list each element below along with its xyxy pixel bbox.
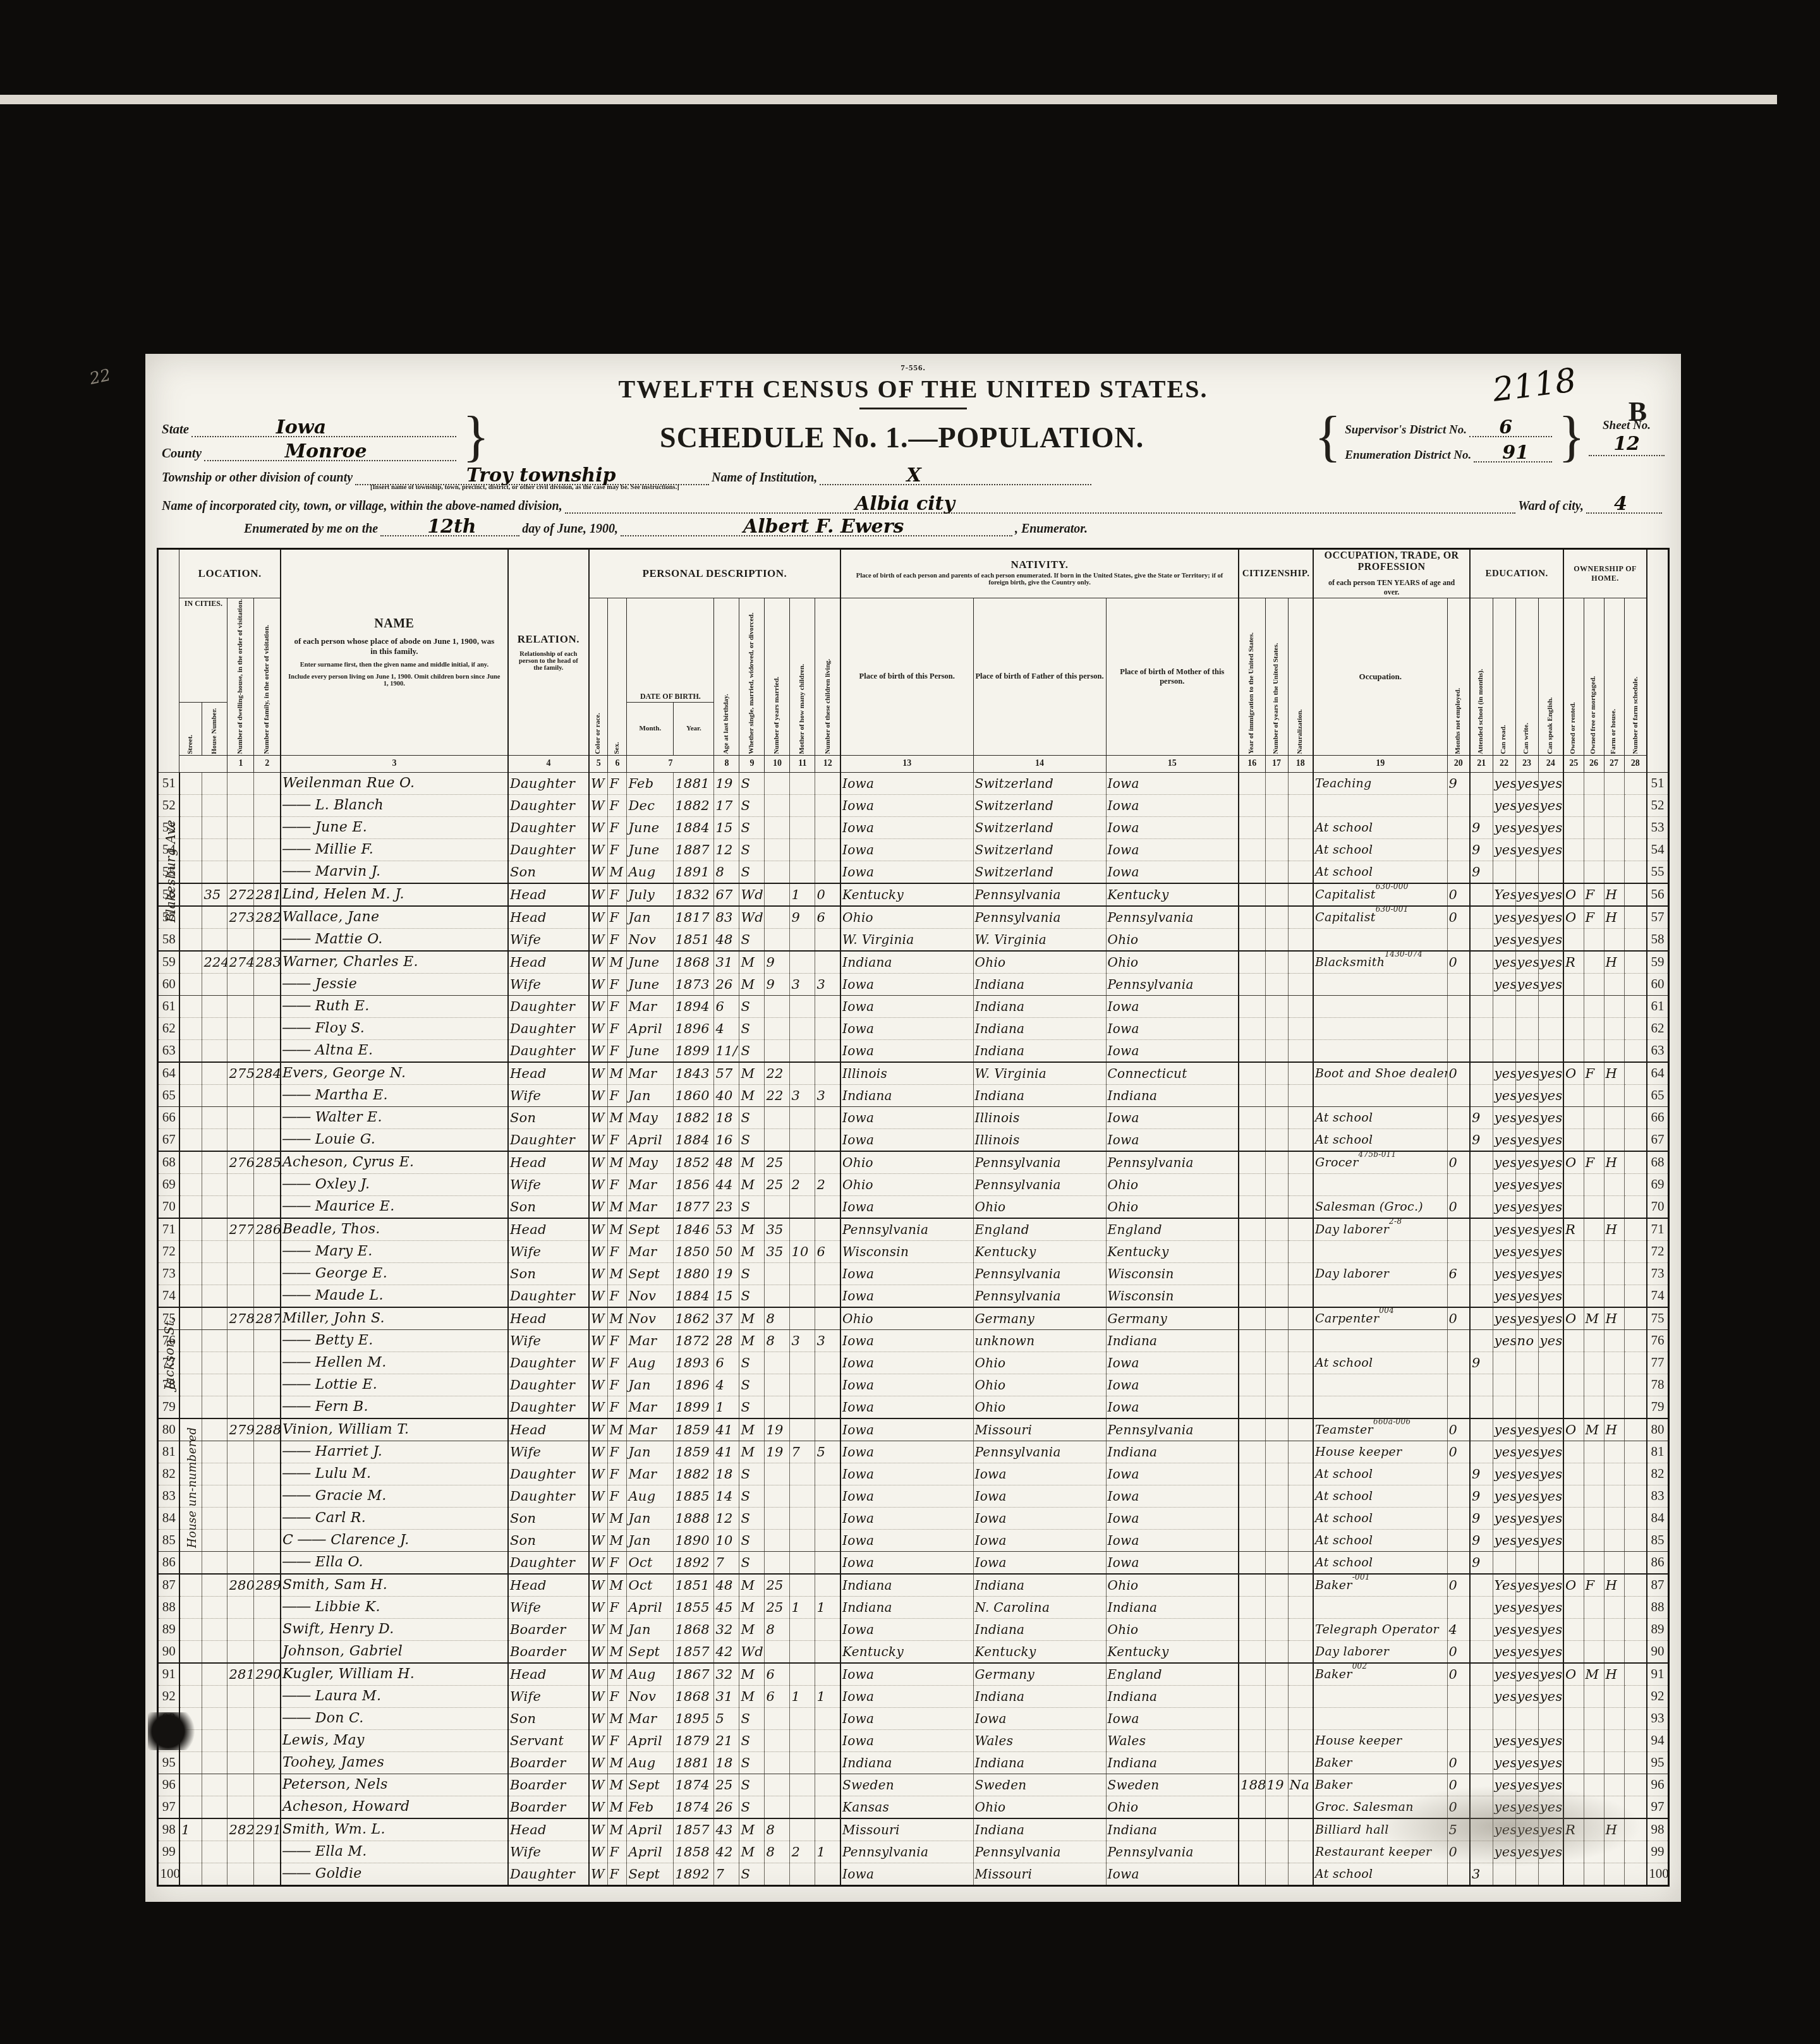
cell-english: [1538, 995, 1563, 1017]
cell-living: [815, 794, 840, 816]
cell-sched: [1624, 973, 1647, 995]
cell-pob_mother: Indiana: [1106, 1441, 1239, 1463]
cell-pob_mother: Iowa: [1106, 772, 1239, 794]
cell-read: yes: [1493, 1485, 1515, 1507]
cell-house: [202, 1396, 227, 1418]
cell-living: [815, 1485, 840, 1507]
cell-marital: M: [739, 1329, 765, 1352]
name-column-header: NAME of each person whose place of abode…: [281, 549, 508, 756]
cell-pob_mother: Indiana: [1106, 1596, 1239, 1618]
cell-house: [202, 1463, 227, 1485]
cell-sex: M: [608, 1574, 627, 1597]
cell-write: yes: [1515, 794, 1538, 816]
cell-mortgage: F: [1584, 883, 1604, 906]
cell-pob_father: Iowa: [973, 1463, 1106, 1485]
cell-write: yes: [1515, 1529, 1538, 1551]
cell-pob_father: Indiana: [973, 973, 1106, 995]
cell-sex: F: [608, 973, 627, 995]
cell-months: [1447, 1329, 1470, 1352]
cell-nat: [1288, 1574, 1313, 1597]
cell-color: W: [589, 951, 608, 974]
cell-farm: [1604, 1128, 1624, 1151]
cell-owned: [1563, 1039, 1584, 1062]
cell-months: 0: [1447, 1195, 1470, 1218]
cell-yrs_us: [1265, 1618, 1288, 1640]
cell-mother_of: [790, 1106, 815, 1128]
cell-living: [815, 1396, 840, 1418]
cell-family: [254, 1352, 281, 1374]
cell-owned: [1563, 1596, 1584, 1618]
cell-rownum-right: 87: [1647, 1574, 1668, 1597]
cell-sched: [1624, 1418, 1647, 1441]
supervisor-district-label: Supervisor's District No.: [1345, 423, 1467, 437]
cell-pob_father: Iowa: [973, 1529, 1106, 1551]
cell-pob_father: W. Virginia: [973, 928, 1106, 951]
cell-yrs_married: [765, 1774, 790, 1796]
cell-occ: [1313, 1374, 1447, 1396]
cell-pob_mother: Iowa: [1106, 794, 1239, 816]
cell-write: yes: [1515, 838, 1538, 861]
cell-street: [179, 1774, 202, 1796]
cell-age: 25: [714, 1774, 739, 1796]
cell-family: 281: [254, 883, 281, 906]
cell-marital: Wd: [739, 1640, 765, 1663]
census-row: 71277286Beadle, Thos.HeadWMSept184653M35…: [158, 1218, 1668, 1241]
cell-pob_father: Indiana: [973, 1574, 1106, 1597]
cell-write: yes: [1515, 1128, 1538, 1151]
cell-pob_father: Indiana: [973, 1685, 1106, 1707]
census-row: 69―― Oxley J.WifeWFMar185644M2522OhioPen…: [158, 1173, 1668, 1195]
cell-mother_of: [790, 951, 815, 974]
cell-write: yes: [1515, 1463, 1538, 1485]
cell-nat: [1288, 1796, 1313, 1818]
cell-read: yes: [1493, 928, 1515, 951]
cell-month: April: [627, 1841, 674, 1863]
cell-rownum-right: 51: [1647, 772, 1668, 794]
cell-dwelling: [227, 1507, 254, 1529]
cell-yrs_married: 25: [765, 1574, 790, 1597]
cell-pob_mother: Iowa: [1106, 1017, 1239, 1039]
cell-family: [254, 1195, 281, 1218]
cell-nat: [1288, 838, 1313, 861]
cell-mortgage: [1584, 1240, 1604, 1262]
cell-relation: Daughter: [508, 794, 589, 816]
cell-pob_mother: Ohio: [1106, 951, 1239, 974]
cell-yrs_us: [1265, 1485, 1288, 1507]
cell-english: yes: [1538, 951, 1563, 974]
street-name-note: Jackson St.: [162, 1200, 177, 1390]
cell-owned: [1563, 1707, 1584, 1729]
cell-sex: F: [608, 772, 627, 794]
cell-yrs_married: 8: [765, 1329, 790, 1352]
cell-months: 0: [1447, 1640, 1470, 1663]
cell-dwelling: [227, 973, 254, 995]
cell-family: [254, 1596, 281, 1618]
cell-year: 1882: [674, 1106, 714, 1128]
cell-month: Sept: [627, 1774, 674, 1796]
cell-house: [202, 772, 227, 794]
cell-imm: [1239, 1106, 1265, 1128]
cell-pob_mother: Iowa: [1106, 816, 1239, 838]
cell-dwelling: 275: [227, 1062, 254, 1085]
cell-pob: Iowa: [840, 1463, 973, 1485]
cell-mortgage: [1584, 1017, 1604, 1039]
cell-pob_mother: Pennsylvania: [1106, 906, 1239, 929]
cell-street: [179, 1173, 202, 1195]
cell-imm: [1239, 1618, 1265, 1640]
cell-street: 1: [179, 1818, 202, 1841]
cell-imm: [1239, 1329, 1265, 1352]
cell-school: [1470, 1173, 1493, 1195]
cell-color: W: [589, 772, 608, 794]
cell-pob: Iowa: [840, 1396, 973, 1418]
county-line: Monroe: [204, 444, 456, 461]
cell-nat: [1288, 772, 1313, 794]
cell-occ: [1313, 1173, 1447, 1195]
cell-owned: O: [1563, 883, 1584, 906]
cell-owned: [1563, 995, 1584, 1017]
cell-mother_of: [790, 1707, 815, 1729]
cell-pob_father: Ohio: [973, 1396, 1106, 1418]
cell-relation: Boarder: [508, 1796, 589, 1818]
census-row: 59224274283Warner, Charles E.HeadWMJune1…: [158, 951, 1668, 974]
cell-year: 1855: [674, 1596, 714, 1618]
cell-farm: [1604, 1640, 1624, 1663]
cell-yrs_married: [765, 1396, 790, 1418]
cell-occ: At school: [1313, 1352, 1447, 1374]
cell-english: yes: [1538, 1685, 1563, 1707]
cell-living: [815, 1017, 840, 1039]
cell-owned: [1563, 1352, 1584, 1374]
cell-sched: [1624, 1707, 1647, 1729]
cell-months: 0: [1447, 906, 1470, 929]
cell-yrs_us: [1265, 1663, 1288, 1686]
cell-pob: Iowa: [840, 772, 973, 794]
cell-pob_father: Indiana: [973, 1039, 1106, 1062]
colnum: 3: [281, 755, 508, 772]
cell-nat: [1288, 1640, 1313, 1663]
cell-relation: Son: [508, 861, 589, 883]
cell-sched: [1624, 1329, 1647, 1352]
cell-yrs_us: [1265, 1751, 1288, 1774]
cell-nat: [1288, 1173, 1313, 1195]
cell-pob_father: Sweden: [973, 1774, 1106, 1796]
cell-name: ―― Fern B.: [281, 1396, 508, 1418]
cell-write: [1515, 1352, 1538, 1374]
cell-month: Oct: [627, 1574, 674, 1597]
cell-house: [202, 861, 227, 883]
cell-pob: Kentucky: [840, 883, 973, 906]
cell-yrs_married: 25: [765, 1596, 790, 1618]
cell-name: Lind, Helen M. J.: [281, 883, 508, 906]
cell-month: Mar: [627, 1195, 674, 1218]
cell-read: yes: [1493, 1062, 1515, 1085]
cell-english: yes: [1538, 1106, 1563, 1128]
cell-mother_of: 1: [790, 1596, 815, 1618]
cell-street: [179, 1751, 202, 1774]
cell-marital: S: [739, 1195, 765, 1218]
cell-read: Yes: [1493, 883, 1515, 906]
cell-name: ―― Floy S.: [281, 1017, 508, 1039]
cell-imm: [1239, 1507, 1265, 1529]
cell-marital: S: [739, 838, 765, 861]
cell-living: 3: [815, 973, 840, 995]
census-row: 89Swift, Henry D.BoarderWMJan186832M8Iow…: [158, 1618, 1668, 1640]
cell-age: 44: [714, 1173, 739, 1195]
cell-living: [815, 1640, 840, 1663]
cell-marital: S: [739, 772, 765, 794]
cell-family: [254, 861, 281, 883]
cell-owned: [1563, 1285, 1584, 1307]
cell-school: 9: [1470, 1551, 1493, 1574]
census-row: 87280289Smith, Sam H.HeadWMOct185148M25I…: [158, 1574, 1668, 1597]
cell-pob: Iowa: [840, 1685, 973, 1707]
cell-farm: [1604, 772, 1624, 794]
cell-marital: S: [739, 1529, 765, 1551]
cell-relation: Wife: [508, 1841, 589, 1863]
cell-year: 1872: [674, 1329, 714, 1352]
cell-n: 95: [158, 1751, 179, 1774]
cell-relation: Daughter: [508, 1485, 589, 1507]
cell-dwelling: [227, 995, 254, 1017]
cell-pob: Wisconsin: [840, 1240, 973, 1262]
cell-school: 9: [1470, 1507, 1493, 1529]
cell-farm: [1604, 1463, 1624, 1485]
cell-month: June: [627, 973, 674, 995]
cell-pob: Missouri: [840, 1818, 973, 1841]
cell-yrs_us: [1265, 1017, 1288, 1039]
cell-read: yes: [1493, 1751, 1515, 1774]
cell-english: yes: [1538, 1507, 1563, 1529]
cell-relation: Wife: [508, 973, 589, 995]
cell-name: ―― Harriet J.: [281, 1441, 508, 1463]
cell-marital: M: [739, 1685, 765, 1707]
cell-street: [179, 1596, 202, 1618]
cell-sex: F: [608, 816, 627, 838]
cell-month: Jan: [627, 1374, 674, 1396]
cell-sched: [1624, 1106, 1647, 1128]
cell-marital: M: [739, 1173, 765, 1195]
cell-yrs_married: [765, 861, 790, 883]
cell-school: [1470, 1596, 1493, 1618]
cell-farm: [1604, 1751, 1624, 1774]
cell-name: ―― Ella O.: [281, 1551, 508, 1574]
cell-occ: Capitalist630-001: [1313, 906, 1447, 929]
cell-marital: S: [739, 1863, 765, 1885]
cell-write: [1515, 861, 1538, 883]
cell-occ: Grocer475b-011: [1313, 1151, 1447, 1174]
cell-english: [1538, 1551, 1563, 1574]
cell-sex: F: [608, 1352, 627, 1374]
months-not-employed-header: Months not employed.: [1447, 598, 1470, 756]
cell-english: yes: [1538, 1128, 1563, 1151]
cell-year: 1851: [674, 928, 714, 951]
cell-mortgage: [1584, 1729, 1604, 1751]
colnum: 4: [508, 755, 589, 772]
cell-name: ―― Libbie K.: [281, 1596, 508, 1618]
cell-yrs_us: [1265, 1818, 1288, 1841]
cell-mother_of: 1: [790, 1685, 815, 1707]
cell-rownum-right: 65: [1647, 1084, 1668, 1106]
cell-year: 1859: [674, 1418, 714, 1441]
cell-mortgage: [1584, 1173, 1604, 1195]
cell-age: 6: [714, 1352, 739, 1374]
cell-school: [1470, 928, 1493, 951]
cell-nat: [1288, 794, 1313, 816]
cell-owned: [1563, 1729, 1584, 1751]
cell-pob: Ohio: [840, 906, 973, 929]
cell-pob: Iowa: [840, 1863, 973, 1885]
cell-english: yes: [1538, 1240, 1563, 1262]
cell-house: [202, 1751, 227, 1774]
cell-pob_mother: Pennsylvania: [1106, 973, 1239, 995]
cell-mother_of: 2: [790, 1173, 815, 1195]
cell-owned: [1563, 1507, 1584, 1529]
cell-yrs_married: [765, 1128, 790, 1151]
cell-color: W: [589, 1596, 608, 1618]
cell-street: [179, 1106, 202, 1128]
cell-occ: Capitalist630-000: [1313, 883, 1447, 906]
cell-pob_father: Wales: [973, 1729, 1106, 1751]
cell-relation: Wife: [508, 1084, 589, 1106]
cell-school: [1470, 1151, 1493, 1174]
cell-sched: [1624, 1195, 1647, 1218]
cell-nat: [1288, 1818, 1313, 1841]
cell-sex: M: [608, 1418, 627, 1441]
cell-school: [1470, 772, 1493, 794]
cell-pob_mother: Germany: [1106, 1307, 1239, 1330]
cell-farm: [1604, 1707, 1624, 1729]
cell-month: Nov: [627, 928, 674, 951]
cell-yrs_us: [1265, 1128, 1288, 1151]
cell-school: [1470, 1751, 1493, 1774]
cell-year: 1862: [674, 1307, 714, 1330]
cell-color: W: [589, 1418, 608, 1441]
cell-school: 9: [1470, 1128, 1493, 1151]
cell-street: [179, 1084, 202, 1106]
cell-sex: F: [608, 1685, 627, 1707]
cell-read: yes: [1493, 1418, 1515, 1441]
cell-sex: M: [608, 1195, 627, 1218]
cell-marital: S: [739, 928, 765, 951]
cell-age: 31: [714, 1685, 739, 1707]
nativity-group-header: NATIVITY. Place of birth of each person …: [840, 549, 1239, 598]
cell-relation: Head: [508, 1062, 589, 1085]
cell-month: Sept: [627, 1218, 674, 1241]
cell-living: 0: [815, 883, 840, 906]
census-row: 66―― Walter E.SonWMMay188218SIowaIllinoi…: [158, 1106, 1668, 1128]
cell-pob: Iowa: [840, 1618, 973, 1640]
cell-sched: [1624, 1507, 1647, 1529]
cell-living: 1: [815, 1841, 840, 1863]
cell-pob_father: N. Carolina: [973, 1596, 1106, 1618]
colnum: 13: [840, 755, 973, 772]
cell-school: [1470, 995, 1493, 1017]
cell-english: yes: [1538, 1195, 1563, 1218]
cell-year: 1884: [674, 816, 714, 838]
cell-relation: Head: [508, 1151, 589, 1174]
cell-sex: F: [608, 1463, 627, 1485]
cell-mother_of: [790, 1262, 815, 1285]
cell-sched: [1624, 772, 1647, 794]
cell-name: Acheson, Cyrus E.: [281, 1151, 508, 1174]
cell-farm: [1604, 1329, 1624, 1352]
cell-mortgage: [1584, 1329, 1604, 1352]
cell-month: June: [627, 1039, 674, 1062]
pob-father-header: Place of birth of Father of this person.: [973, 598, 1106, 756]
cell-rownum-right: 78: [1647, 1374, 1668, 1396]
cell-sched: [1624, 1640, 1647, 1663]
cell-rownum-right: 79: [1647, 1396, 1668, 1418]
cell-sex: F: [608, 838, 627, 861]
cell-pob: Iowa: [840, 973, 973, 995]
cell-months: [1447, 861, 1470, 883]
cell-dwelling: 274: [227, 951, 254, 974]
cell-nat: [1288, 1307, 1313, 1330]
cell-rownum-right: 70: [1647, 1195, 1668, 1218]
colnum: 21: [1470, 755, 1493, 772]
cell-english: [1538, 861, 1563, 883]
cell-english: yes: [1538, 1441, 1563, 1463]
cell-yrs_us: [1265, 1151, 1288, 1174]
cell-imm: [1239, 1796, 1265, 1818]
cell-sched: [1624, 906, 1647, 929]
cell-yrs_married: [765, 816, 790, 838]
cell-year: 1888: [674, 1507, 714, 1529]
cell-dwelling: [227, 794, 254, 816]
cell-imm: [1239, 1818, 1265, 1841]
cell-mortgage: F: [1584, 906, 1604, 929]
cell-name: C ―― Clarence J.: [281, 1529, 508, 1551]
cell-color: W: [589, 1441, 608, 1463]
cell-months: [1447, 1039, 1470, 1062]
cell-living: [815, 1463, 840, 1485]
cell-dwelling: 282: [227, 1818, 254, 1841]
cell-months: 0: [1447, 1751, 1470, 1774]
cell-yrs_us: [1265, 906, 1288, 929]
brace-glyph: {: [1314, 415, 1341, 459]
cell-yrs_married: 6: [765, 1685, 790, 1707]
cell-living: [815, 1285, 840, 1307]
enumerator-signature: Albert F. Ewers: [743, 516, 904, 538]
cell-yrs_married: 35: [765, 1218, 790, 1241]
township-label: Township or other division of county: [162, 471, 353, 485]
cell-pob_mother: Iowa: [1106, 861, 1239, 883]
cell-rownum-right: 80: [1647, 1418, 1668, 1441]
cell-farm: [1604, 794, 1624, 816]
color-header: Color or race.: [589, 598, 608, 756]
cell-pob: Iowa: [840, 1128, 973, 1151]
supervisor-district-line: 6: [1469, 420, 1552, 437]
cell-mother_of: [790, 772, 815, 794]
cell-pob_mother: Kentucky: [1106, 883, 1239, 906]
cell-pob_mother: Ohio: [1106, 1195, 1239, 1218]
cell-farm: [1604, 838, 1624, 861]
census-row: 64275284Evers, George N.HeadWMMar184357M…: [158, 1062, 1668, 1085]
cell-pob_father: Ohio: [973, 1374, 1106, 1396]
enumerator-line: Albert F. Ewers: [621, 519, 1012, 536]
cell-year: 1868: [674, 1618, 714, 1640]
cell-english: yes: [1538, 1640, 1563, 1663]
cell-pob_mother: Ohio: [1106, 1173, 1239, 1195]
cell-write: yes: [1515, 1285, 1538, 1307]
cell-house: 224: [202, 951, 227, 974]
pencil-mark: 22: [88, 366, 112, 389]
location-group-header: LOCATION.: [179, 549, 281, 598]
cell-english: yes: [1538, 1062, 1563, 1085]
cell-imm: [1239, 1863, 1265, 1885]
cell-n: 91: [158, 1663, 179, 1686]
